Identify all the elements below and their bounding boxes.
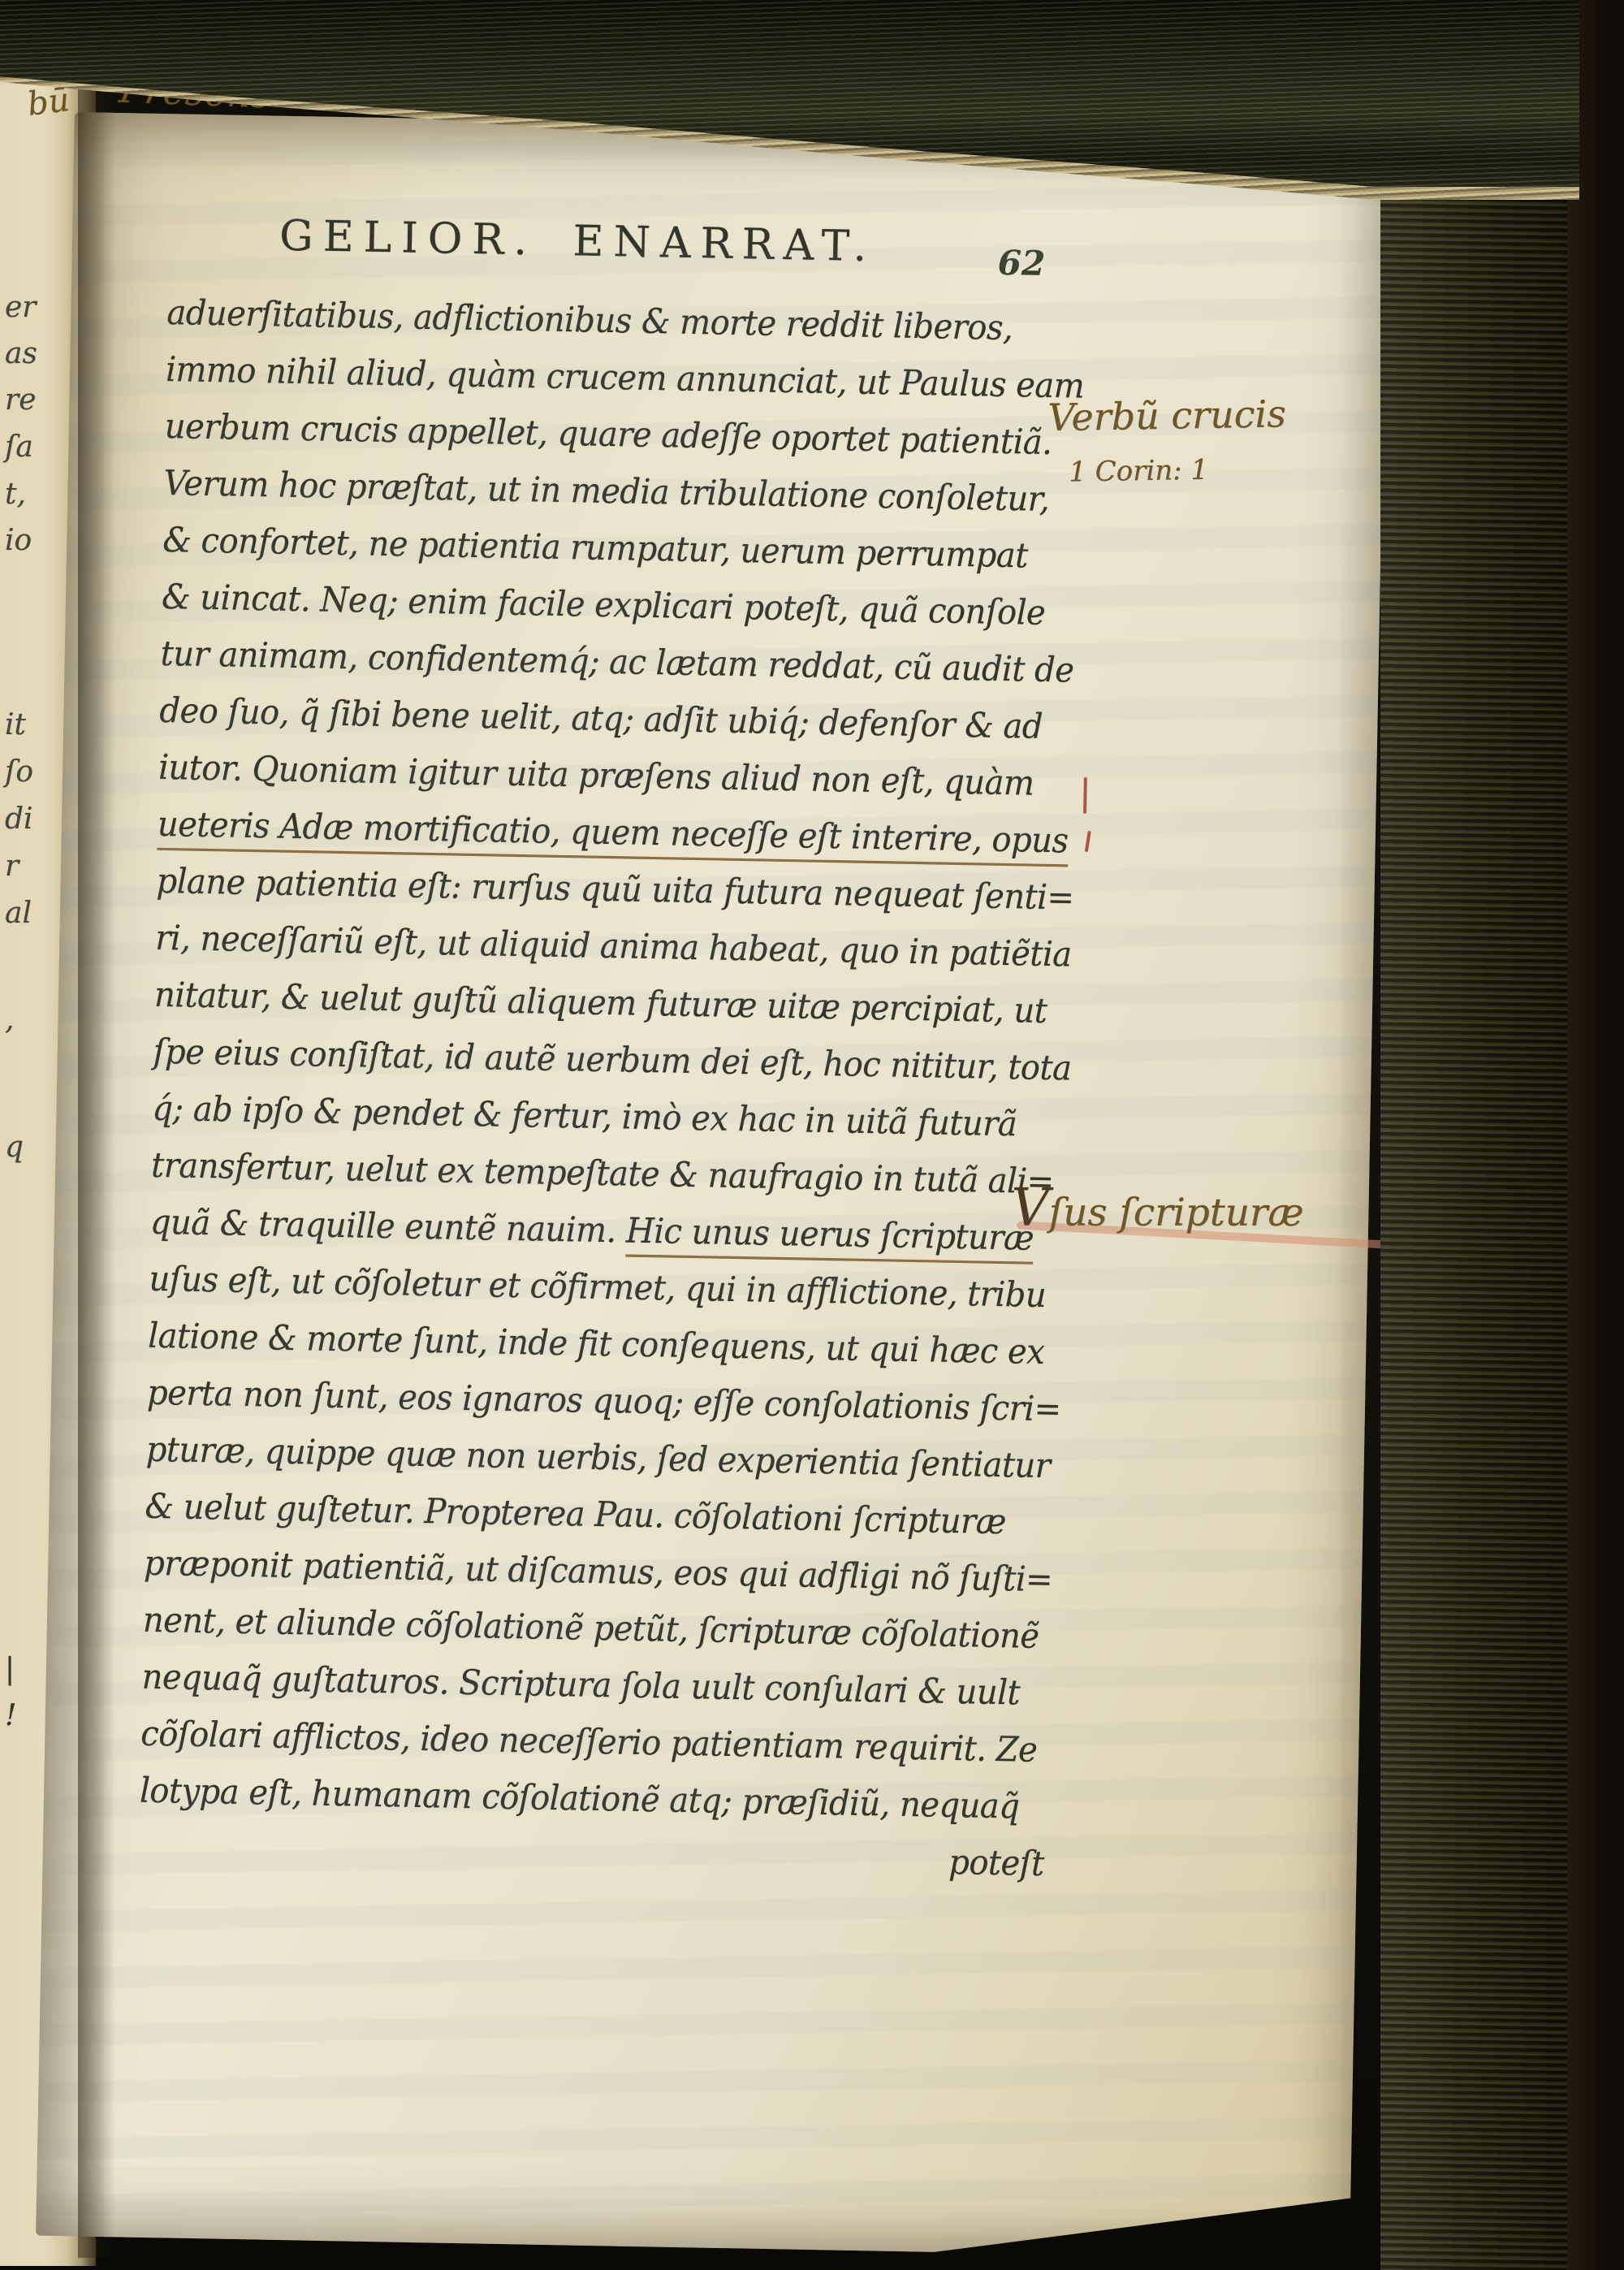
facing-page-fragment: r <box>5 850 19 883</box>
page-number: 62 <box>997 243 1045 283</box>
margin-note-opus-mark: | <box>1078 772 1091 814</box>
facing-page-fragment: q <box>5 1131 24 1164</box>
book-page: GELIOR. ENARRAT. 62 aduerſitatibus, adfl… <box>36 112 1389 2259</box>
facing-page-fragment: ſo <box>5 755 33 789</box>
facing-page-fragment: re <box>5 383 37 417</box>
running-header: GELIOR. ENARRAT. <box>279 212 877 271</box>
facing-page-fragment: it <box>5 708 26 742</box>
margin-note-verbum-crucis: Verbũ crucis <box>1047 391 1286 439</box>
book-photo: būerasreſat,ioitſodiral,q|! GELIOR. ENAR… <box>0 0 1624 2270</box>
facing-page-fragment: al <box>5 897 32 930</box>
facing-page-fragment: as <box>5 337 37 370</box>
book-fore-edge <box>1380 0 1575 2270</box>
facing-page-fragment: di <box>5 802 33 836</box>
margin-note-corinthians-ref: 1 Corin: 1 <box>1069 454 1208 489</box>
facing-page-fragment: ! <box>5 1699 16 1732</box>
facing-page-fragment: io <box>5 524 32 557</box>
book-binding <box>1567 0 1624 2270</box>
facing-page-fragment: t, <box>5 478 26 511</box>
body-text-block: aduerſitatibus, adflictionibus & morte r… <box>138 283 1073 1891</box>
facing-page-fragment: | <box>5 1653 15 1686</box>
facing-page-fragment: , <box>5 1003 14 1036</box>
margin-note-usus-scripturae: Vſus ſcripturæ <box>1011 1178 1303 1239</box>
red-tick-mark <box>1085 831 1091 852</box>
facing-page-fragment: ſa <box>5 430 33 464</box>
facing-page-fragment: er <box>5 291 37 324</box>
